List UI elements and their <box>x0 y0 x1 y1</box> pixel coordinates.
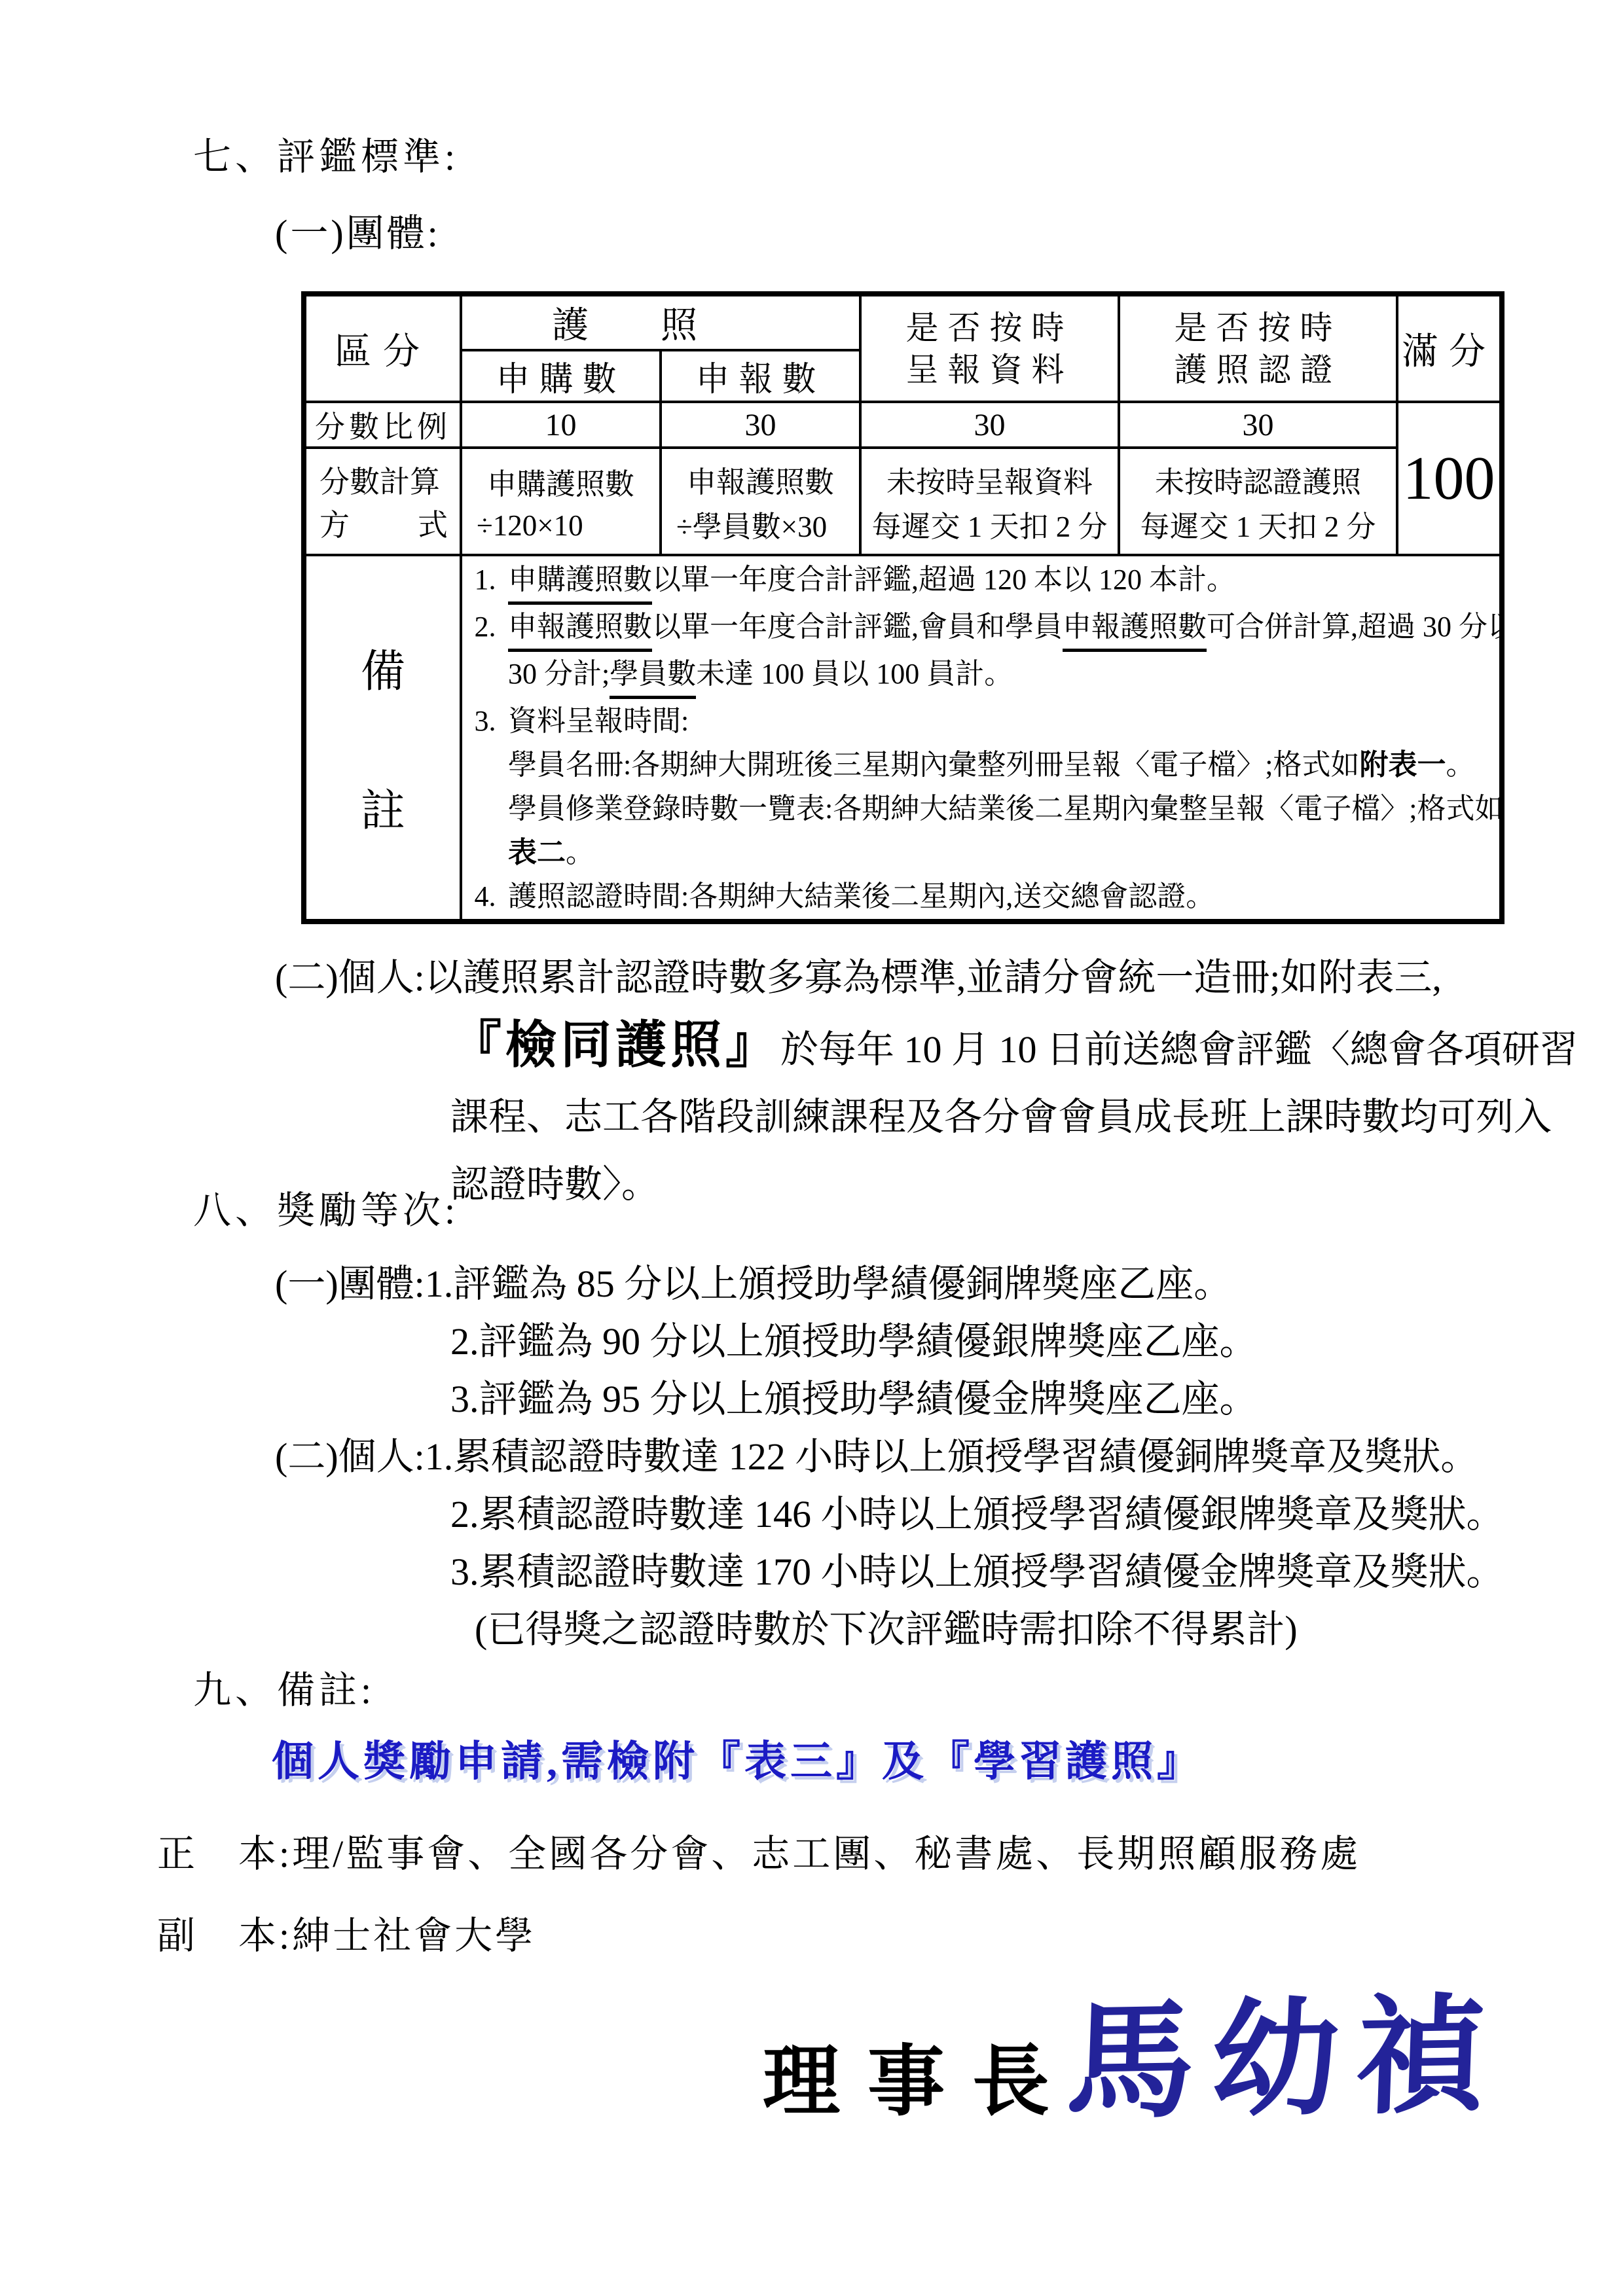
text-line: 『檢同護照』於每年 10 月 10 日前送總會評鑑〈總會各項研習 <box>275 1011 1578 1083</box>
section8-heading: 八、獎勵等次: <box>193 1188 459 1234</box>
text-line: 2.申報護照數以單一年度合計評鑑,會員和學員申報護照數可合併計算,超過 30 分… <box>462 605 1499 652</box>
text-segment: 30 分計; <box>508 652 610 699</box>
calc-purchase-line2: ÷120×10 <box>467 509 654 543</box>
calc-cell-purchase: 申購護照數 ÷120×10 <box>461 448 661 555</box>
remarks-cell: 1.申購護照數以單一年度合計評鑑,超過 120 本以 120 本計。2.申報護照… <box>461 555 1502 922</box>
text-segment: 『檢同護照』 <box>450 1016 780 1073</box>
th-full-score: 滿分 <box>1397 294 1502 402</box>
text-line: 4.護照認證時間:各期紳大結業後二星期內,送交總會認證。 <box>462 874 1499 918</box>
section9-blue-note: 個人獎勵申請,需檢附『表三』及『學習護照』 <box>272 1728 1203 1788</box>
text-segment: 3.累積認證時數達 170 小時以上頒授學習績優金牌獎章及獎狀。 <box>450 1551 1504 1593</box>
text-segment: 表二 <box>508 831 566 874</box>
text-segment: 認證時數〉。 <box>450 1163 659 1206</box>
distribution-block: 正 本:理/監事會、全國各分會、志工團、秘書處、長期照顧服務處 副 本:紳士社會… <box>157 1813 1360 1977</box>
calc-label-char2: 式 <box>418 501 448 545</box>
text-segment: 附表一 <box>1359 743 1446 787</box>
th-submit-line2: 呈報資料 <box>862 349 1118 391</box>
calc-declare-line1: 申報護照數 <box>667 458 854 501</box>
ratio-value-certify: 30 <box>1119 402 1397 448</box>
calc-cell-declare: 申報護照數 ÷學員數×30 <box>661 448 860 555</box>
calc-label-char1: 方 <box>319 501 350 545</box>
remarks-lines: 1.申購護照數以單一年度合計評鑑,超過 120 本以 120 本計。2.申報護照… <box>462 558 1499 918</box>
text-segment: 未達 100 員以 100 員計。 <box>696 652 1013 699</box>
th-submit-on-time: 是否按時 呈報資料 <box>860 294 1119 402</box>
th-category: 區分 <box>304 294 461 402</box>
section7-group-heading: (一)團體: <box>275 211 441 257</box>
text-line: 認證時數〉。 <box>275 1151 1578 1218</box>
calc-cell-certify: 未按時認證護照 每遲交 1 天扣 2 分 <box>1119 448 1397 555</box>
th-submit-line1: 是否按時 <box>862 307 1118 349</box>
row-calc-label: 分數計算 方 式 <box>304 448 461 555</box>
text-segment: 以單一年度合計評鑑,超過 120 本以 120 本計。 <box>652 558 1235 605</box>
text-segment: 於每年 10 月 10 日前送總會評鑑〈總會各項研習 <box>780 1028 1578 1071</box>
text-line: 3.累積認證時數達 170 小時以上頒授學習績優金牌獎章及獎狀。 <box>275 1543 1504 1601</box>
text-segment: 2.評鑑為 90 分以上頒授助學績優銀牌獎座乙座。 <box>450 1320 1258 1363</box>
text-segment: 申報護照數 <box>508 605 652 652</box>
text-line: 1.申購護照數以單一年度合計評鑑,超過 120 本以 120 本計。 <box>462 558 1499 605</box>
text-segment: 可合併計算,超過 30 分以 <box>1207 605 1502 652</box>
th-passport: 護照 <box>461 294 860 350</box>
text-line: (二)個人:以護照累計認證時數多寡為標準,並請分會統一造冊;如附表三, <box>275 944 1578 1011</box>
section9-heading: 九、備註: <box>193 1668 375 1713</box>
signature-title: 理事長 <box>763 2019 1077 2130</box>
text-segment: 申報護照數 <box>1063 605 1207 652</box>
text-line: 表二。 <box>462 831 1499 874</box>
text-line: 學員修業登錄時數一覽表:各期紳大結業後二星期內彙整呈報〈電子檔〉;格式如附 <box>462 787 1499 831</box>
text-segment: 。 <box>1446 743 1474 787</box>
ratio-value-declare: 30 <box>661 402 860 448</box>
text-segment: 護照認證時間:各期紳大結業後二星期內,送交總會認證。 <box>508 874 1214 918</box>
section8-group-list: (一)團體:1.評鑑為 85 分以上頒授助學績優銅牌獎座乙座。2.評鑑為 90 … <box>275 1255 1258 1428</box>
text-segment: 學員名冊:各期紳大開班後三星期內彙整列冊呈報〈電子檔〉;格式如 <box>508 743 1359 787</box>
full-score-value: 100 <box>1397 402 1502 555</box>
distribution-original: 正 本:理/監事會、全國各分會、志工團、秘書處、長期照顧服務處 <box>157 1813 1360 1895</box>
text-segment: 3.評鑑為 95 分以上頒授助學績優金牌獎座乙座。 <box>450 1378 1258 1420</box>
text-segment: 學員修業登錄時數一覽表:各期紳大結業後二星期內彙整呈報〈電子檔〉;格式如 <box>508 787 1502 831</box>
calc-label-line2: 方 式 <box>319 501 448 545</box>
text-segment: 。 <box>566 831 594 874</box>
document-page: 七、評鑑標準: (一)團體: 區分 護照 是否按時 呈報資料 是否按時 護照認證… <box>0 0 1623 2296</box>
th-declare-count: 申報數 <box>661 350 860 402</box>
section7-heading: 七、評鑑標準: <box>193 134 459 180</box>
text-segment: 學員數 <box>610 652 696 699</box>
th-certify-on-time: 是否按時 護照認證 <box>1119 294 1397 402</box>
list-number: 1. <box>462 558 508 605</box>
text-segment: (一)團體:1.評鑑為 85 分以上頒授助學績優銅牌獎座乙座。 <box>275 1263 1231 1305</box>
calc-submit-line2: 每遲交 1 天扣 2 分 <box>867 503 1112 545</box>
text-segment: 2.累積認證時數達 146 小時以上頒授學習績優銀牌獎章及獎狀。 <box>450 1493 1504 1535</box>
calc-declare-line2: ÷學員數×30 <box>667 503 854 545</box>
calc-label-line1: 分數計算 <box>319 458 447 501</box>
th-certify-line2: 護照認證 <box>1120 349 1396 391</box>
text-line: 3.評鑑為 95 分以上頒授助學績優金牌獎座乙座。 <box>275 1371 1258 1428</box>
text-line: 30 分計;學員數未達 100 員以 100 員計。 <box>462 652 1499 699</box>
text-line: (二)個人:1.累積認證時數達 122 小時以上頒授學習績優銅牌獎章及獎狀。 <box>275 1428 1504 1486</box>
text-segment: 課程、志工各階段訓練課程及各分會會員成長班上課時數均可列入 <box>450 1096 1552 1138</box>
remarks-label-char1: 備 <box>361 636 405 700</box>
calc-certify-line2: 每遲交 1 天扣 2 分 <box>1125 503 1391 545</box>
text-line: (一)團體:1.評鑑為 85 分以上頒授助學績優銅牌獎座乙座。 <box>275 1255 1258 1313</box>
text-segment: 資料呈報時間: <box>508 699 689 743</box>
text-line: 2.累積認證時數達 146 小時以上頒授學習績優銀牌獎章及獎狀。 <box>275 1486 1504 1543</box>
list-number: 3. <box>462 699 508 743</box>
th-purchase-count: 申購數 <box>461 350 661 402</box>
text-line: 學員名冊:各期紳大開班後三星期內彙整列冊呈報〈電子檔〉;格式如附表一。 <box>462 743 1499 787</box>
text-line: 3.資料呈報時間: <box>462 699 1499 743</box>
personal-standard-paragraph: (二)個人:以護照累計認證時數多寡為標準,並請分會統一造冊;如附表三,『檢同護照… <box>275 944 1578 1218</box>
text-segment: (二)個人:以護照累計認證時數多寡為標準,並請分會統一造冊;如附表三, <box>275 956 1442 999</box>
text-line: 2.評鑑為 90 分以上頒授助學績優銀牌獎座乙座。 <box>275 1313 1258 1371</box>
text-segment: 以單一年度合計評鑑,會員和學員 <box>652 605 1063 652</box>
remarks-label-cell: 備 註 <box>304 555 461 922</box>
list-number: 4. <box>462 874 508 918</box>
text-segment: (已得獎之認證時數於下次評鑑時需扣除不得累計) <box>475 1608 1298 1651</box>
evaluation-table-wrap: 區分 護照 是否按時 呈報資料 是否按時 護照認證 滿分 申購數 申報數 分數比… <box>301 291 1504 924</box>
text-line: 課程、志工各階段訓練課程及各分會會員成長班上課時數均可列入 <box>275 1083 1578 1151</box>
text-line: (已得獎之認證時數於下次評鑑時需扣除不得累計) <box>275 1601 1504 1659</box>
evaluation-table: 區分 護照 是否按時 呈報資料 是否按時 護照認證 滿分 申購數 申報數 分數比… <box>301 291 1504 924</box>
section8-personal-list: (二)個人:1.累積認證時數達 122 小時以上頒授學習績優銅牌獎章及獎狀。2.… <box>275 1428 1504 1659</box>
row-ratio-label: 分數比例 <box>304 402 461 448</box>
text-segment: 申購護照數 <box>508 558 652 605</box>
th-certify-line1: 是否按時 <box>1120 307 1396 349</box>
calc-certify-line1: 未按時認證護照 <box>1125 458 1391 501</box>
text-segment: (二)個人:1.累積認證時數達 122 小時以上頒授學習績優銅牌獎章及獎狀。 <box>275 1435 1478 1478</box>
ratio-value-purchase: 10 <box>461 402 661 448</box>
calc-purchase-line1: 申購護照數 <box>467 460 654 503</box>
signature-name: 馬幼禎 <box>1064 1952 1504 2144</box>
calc-cell-submit: 未按時呈報資料 每遲交 1 天扣 2 分 <box>860 448 1119 555</box>
list-number: 2. <box>462 605 508 652</box>
calc-submit-line1: 未按時呈報資料 <box>867 458 1112 501</box>
ratio-value-submit: 30 <box>860 402 1119 448</box>
remarks-label-char2: 註 <box>361 776 405 839</box>
